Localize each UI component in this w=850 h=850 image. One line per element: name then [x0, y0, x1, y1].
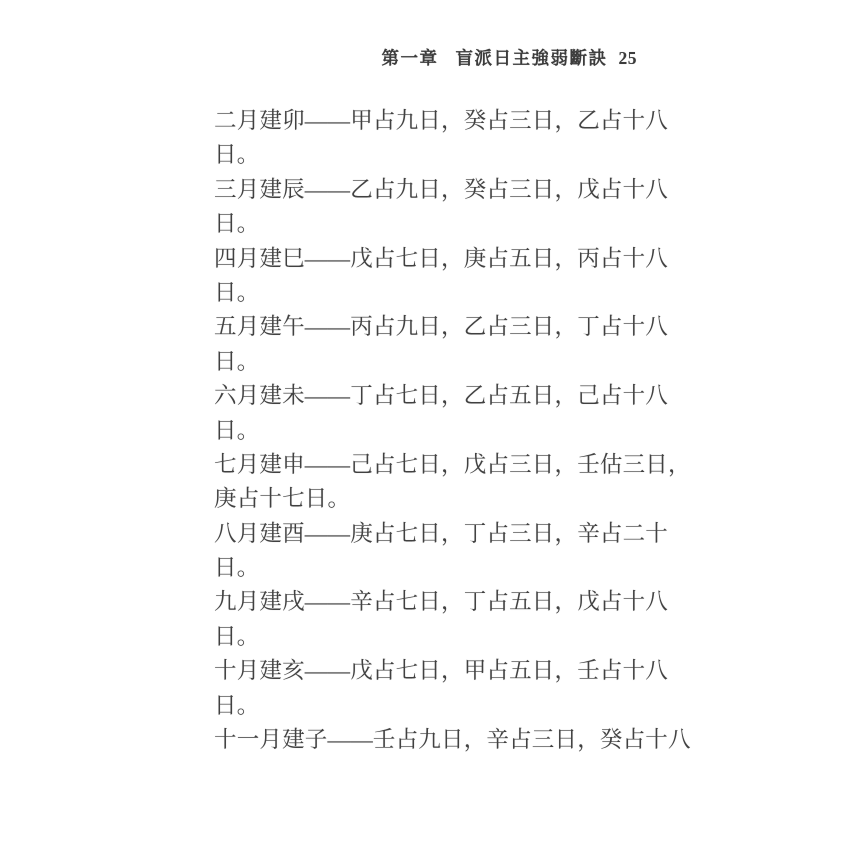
running-header: 第一章盲派日主強弱斷訣25	[0, 46, 637, 70]
chapter-title: 盲派日主強弱斷訣	[456, 48, 608, 68]
text-line: 日。	[214, 620, 684, 654]
text-line: 十月建亥——戊占七日，甲占五日，壬占十八	[214, 654, 684, 688]
text-line: 庚占十七日。	[214, 482, 684, 516]
text-line: 日。	[214, 207, 684, 241]
text-line: 日。	[214, 414, 684, 448]
text-line: 日。	[214, 276, 684, 310]
body-text: 二月建卯——甲占九日，癸占三日，乙占十八 日。 三月建辰——乙占九日，癸占三日，…	[214, 104, 684, 757]
text-line: 四月建巳——戊占七日，庚占五日，丙占十八	[214, 242, 684, 276]
scanned-book-page: 第一章盲派日主強弱斷訣25 二月建卯——甲占九日，癸占三日，乙占十八 日。 三月…	[0, 0, 850, 850]
text-line: 日。	[214, 689, 684, 723]
text-line: 五月建午——丙占九日，乙占三日，丁占十八	[214, 310, 684, 344]
text-line: 二月建卯——甲占九日，癸占三日，乙占十八	[214, 104, 684, 138]
text-line: 六月建未——丁占七日，乙占五日，己占十八	[214, 379, 684, 413]
text-line: 八月建酉——庚占七日，丁占三日，辛占二十	[214, 517, 684, 551]
chapter-label: 第一章	[382, 48, 439, 68]
text-line: 日。	[214, 138, 684, 172]
page-number: 25	[619, 48, 638, 68]
text-line: 日。	[214, 345, 684, 379]
text-line: 十一月建子——壬占九日，辛占三日，癸占十八	[214, 723, 684, 757]
text-line: 三月建辰——乙占九日，癸占三日，戊占十八	[214, 173, 684, 207]
text-line: 七月建申——己占七日，戊占三日，壬估三日，	[214, 448, 684, 482]
text-line: 日。	[214, 551, 684, 585]
text-line: 九月建戌——辛占七日，丁占五日，戊占十八	[214, 585, 684, 619]
